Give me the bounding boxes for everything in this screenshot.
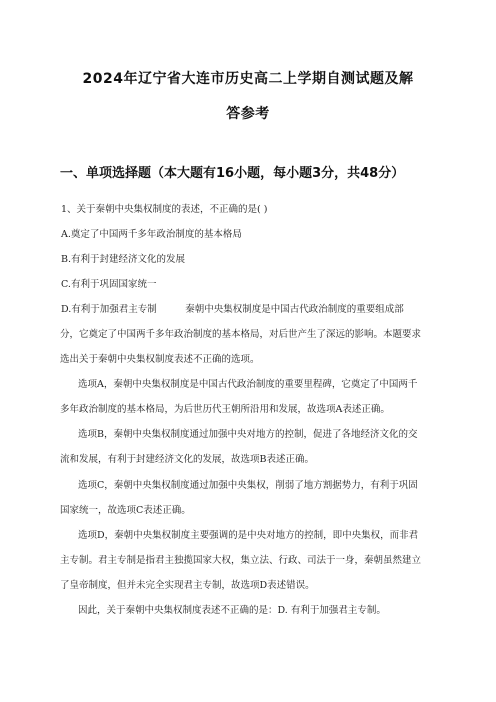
explanation-line: 国家统一，故选项C表述正确。 bbox=[60, 502, 440, 516]
option-c: C.有利于巩固国家统一 bbox=[61, 276, 441, 290]
explanation-line: 了皇帝制度，但并未完全实现君主专制，故选项D表述错误。 bbox=[60, 577, 440, 591]
document-title-line-2: 答参考 bbox=[0, 103, 496, 123]
option-b: B.有利于封建经济文化的发展 bbox=[61, 251, 441, 265]
option-a: A.奠定了中国两千多年政治制度的基本格局 bbox=[61, 226, 441, 240]
explanation-line: 主专制。君主专制是指君主独揽国家大权，集立法、行政、司法于一身，秦朝虽然建立 bbox=[60, 552, 440, 566]
explanation-line: 选项C，秦朝中央集权制度通过加强中央集权，削弱了地方割据势力，有利于巩固 bbox=[78, 477, 458, 491]
explanation-line: 选项A，秦朝中央集权制度是中国古代政治制度的重要里程碑，它奠定了中国两千 bbox=[78, 376, 458, 390]
explanation-line: D.有利于加强君主专制 秦朝中央集权制度是中国古代政治制度的重要组成部 bbox=[61, 301, 441, 315]
explanation-line: 选项B，秦朝中央集权制度通过加强中央对地方的控制，促进了各地经济文化的交 bbox=[78, 426, 458, 440]
question-stem: 1、关于秦朝中央集权制度的表述，不正确的是( ) bbox=[61, 201, 441, 215]
explanation-conclusion: 因此，关于秦朝中央集权制度表述不正确的是：D. 有利于加强君主专制。 bbox=[78, 602, 458, 616]
explanation-line: 流和发展，有利于封建经济文化的发展，故选项B表述正确。 bbox=[60, 451, 440, 465]
explanation-line: 分，它奠定了中国两千多年政治制度的基本格局，对后世产生了深远的影响。本题要求 bbox=[60, 326, 440, 340]
document-title-line-1: 2024年辽宁省大连市历史高二上学期自测试题及解 bbox=[0, 68, 496, 88]
explanation-line: 多年政治制度的基本格局，为后世历代王朝所沿用和发展，故选项A表述正确。 bbox=[60, 401, 440, 415]
explanation-line: 选项D，秦朝中央集权制度主要强调的是中央对地方的控制，即中央集权，而非君 bbox=[78, 527, 458, 541]
section-heading: 一、单项选择题（本大题有16小题，每小题3分，共48分） bbox=[60, 162, 404, 181]
explanation-line: 选出关于秦朝中央集权制度表述不正确的选项。 bbox=[60, 351, 440, 365]
